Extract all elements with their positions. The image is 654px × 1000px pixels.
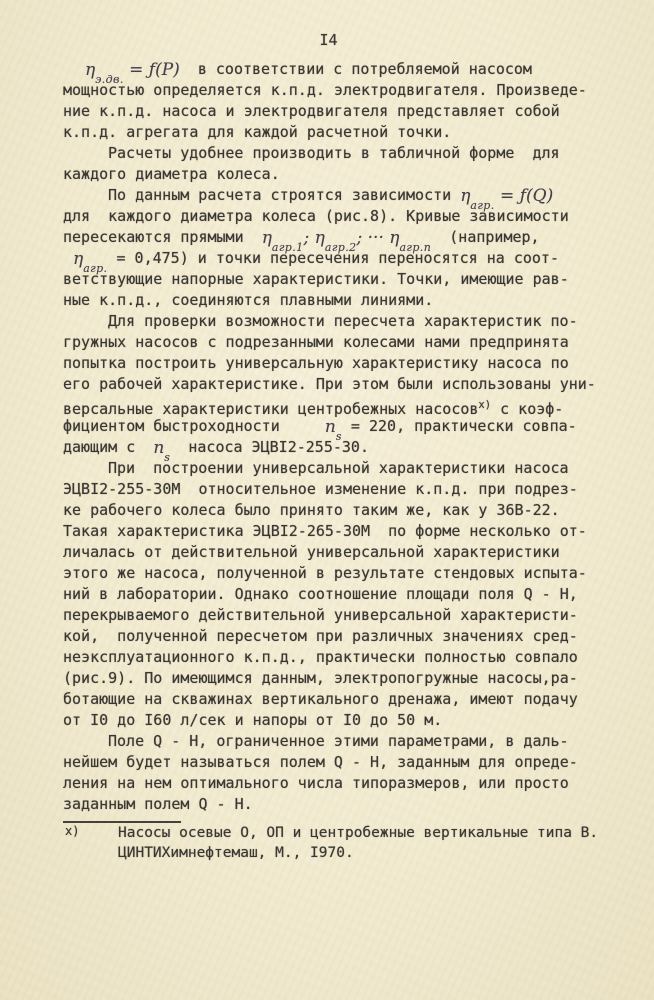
text-line: мощностью определяется к.п.д. электродви…: [63, 80, 626, 101]
text-line: При построении универсальной характерист…: [63, 458, 626, 479]
typewritten-text: = 220, практически совпа-: [342, 417, 577, 435]
text-line: ветствующие напорные характеристики. Точ…: [63, 269, 626, 290]
typewritten-text: По данным расчета строятся зависимости: [108, 186, 460, 204]
footnote-line: ЦИНТИХимнефтемаш, М., I970.: [118, 844, 626, 864]
text-line: к.п.д. агрегата для каждой расчетной точ…: [63, 122, 626, 143]
typewritten-text: пересекаются прямыми: [63, 228, 262, 246]
footnote-marker: х): [65, 824, 79, 838]
text-line: перекрываемого действительной универсаль…: [63, 605, 626, 626]
text-line: ηэ.дв. = ƒ(P) в соответствии с потребляе…: [63, 59, 626, 80]
typewritten-text: ний в лаборатории. Однако соотношение пл…: [63, 585, 578, 603]
typewritten-text: ные к.п.д., соединяются плавными линиями…: [63, 291, 433, 309]
text-line: личалась от действительной универсальной…: [63, 542, 626, 563]
footnote-reference: х): [478, 399, 491, 411]
text-line: пересекаются прямыми ηагр.1; ηагр.2; ···…: [63, 227, 626, 248]
text-line: Расчеты удобнее производить в табличной …: [63, 143, 626, 164]
text-line: гружных насосов с подрезанными колесами …: [63, 332, 626, 353]
typewritten-text: к.п.д. агрегата для каждой расчетной точ…: [63, 123, 451, 141]
text-line: ние к.п.д. насоса и электродвигателя пре…: [63, 101, 626, 122]
text-line: ке рабочего колеса было принято таким же…: [63, 500, 626, 521]
typewritten-text: от I0 до I60 л/сек и напоры от I0 до 50 …: [63, 711, 442, 729]
text-line: Такая характеристика ЭЦВI2-265-30М по фо…: [63, 521, 626, 542]
typewritten-text: (например,: [431, 228, 539, 246]
typewritten-text: дающим с: [63, 438, 153, 456]
typewritten-text: нейшем будет называться полем Q - Н, зад…: [63, 753, 578, 771]
text-line: каждого диаметра колеса.: [63, 164, 626, 185]
typewritten-text: в соответствии с потребляемой насосом: [180, 60, 532, 78]
typewritten-text: ЭЦВI2-255-30М относительное изменение к.…: [63, 480, 578, 498]
footnote-separator: [63, 821, 181, 823]
typewritten-text: При построении универсальной характерист…: [108, 459, 569, 477]
typewritten-text: ления на нем оптимального числа типоразм…: [63, 774, 569, 792]
text-line: ные к.п.д., соединяются плавными линиями…: [63, 290, 626, 311]
footnote-text: Насосы осевые О, ОП и центробежные верти…: [118, 824, 626, 863]
typewritten-text: неэксплуатационного к.п.д., практически …: [63, 648, 578, 666]
text-line: от I0 до I60 л/сек и напоры от I0 до 50 …: [63, 710, 626, 731]
typewritten-text: Расчеты удобнее производить в табличной …: [108, 144, 560, 162]
typewritten-text: попытка построить универсальную характер…: [63, 354, 569, 372]
scanned-document-page: I4 ηэ.дв. = ƒ(P) в соответствии с потреб…: [0, 0, 654, 1000]
typewritten-text: личалась от действительной универсальной…: [63, 543, 560, 561]
typewritten-text: мощностью определяется к.п.д. электродви…: [63, 81, 587, 99]
handwritten-formula: ns: [153, 438, 170, 458]
footnote-line: Насосы осевые О, ОП и центробежные верти…: [118, 824, 626, 844]
text-line: его рабочей характеристике. При этом был…: [63, 374, 626, 395]
typewritten-text: Такая характеристика ЭЦВI2-265-30М по фо…: [63, 522, 587, 540]
text-line: версальные характеристики центробежных н…: [63, 395, 626, 416]
typewritten-text: ветствующие напорные характеристики. Точ…: [63, 270, 569, 288]
typewritten-text: этого же насоса, полученной в результате…: [63, 564, 587, 582]
page-content: I4 ηэ.дв. = ƒ(P) в соответствии с потреб…: [0, 0, 654, 863]
typewritten-text: кой, полученной пересчетом при различных…: [63, 627, 578, 645]
text-line: фициентом быстроходности ns = 220, практ…: [63, 416, 626, 437]
text-line: попытка построить универсальную характер…: [63, 353, 626, 374]
handwritten-formula: ηагр.: [73, 249, 107, 269]
typewritten-text: заданным полем Q - Н.: [63, 795, 253, 813]
text-line: нейшем будет называться полем Q - Н, зад…: [63, 752, 626, 773]
typewritten-text: Поле Q - Н, ограниченное этими параметра…: [108, 732, 569, 750]
typewritten-text: его рабочей характеристике. При этом был…: [63, 375, 596, 393]
typewritten-text: фициентом быстроходности: [63, 417, 325, 435]
text-line: неэксплуатационного к.п.д., практически …: [63, 647, 626, 668]
handwritten-formula: ηагр.1; ηагр.2; ··· ηагр.n: [262, 228, 432, 248]
text-line: кой, полученной пересчетом при различных…: [63, 626, 626, 647]
footnote: х) Насосы осевые О, ОП и центробежные ве…: [63, 821, 626, 863]
typewritten-text: (рис.9). По имеющимся данным, электропог…: [63, 669, 578, 687]
handwritten-formula: ηэ.дв. = ƒ(P): [85, 60, 180, 80]
typewritten-text: каждого диаметра колеса.: [63, 165, 280, 183]
text-line: ления на нем оптимального числа типоразм…: [63, 773, 626, 794]
text-body: ηэ.дв. = ƒ(P) в соответствии с потребляе…: [63, 59, 626, 815]
handwritten-formula: ηагр. = ƒ(Q): [460, 186, 553, 206]
text-line: для каждого диаметра колеса (рис.8). Кри…: [63, 206, 626, 227]
text-line: (рис.9). По имеющимся данным, электропог…: [63, 668, 626, 689]
typewritten-text: ке рабочего колеса было принято таким же…: [63, 501, 560, 519]
handwritten-formula: ns: [325, 417, 342, 437]
text-line: ботающие на скважинах вертикального дрен…: [63, 689, 626, 710]
text-line: ний в лаборатории. Однако соотношение пл…: [63, 584, 626, 605]
typewritten-text: Для проверки возможности пересчета харак…: [108, 312, 578, 330]
text-line: дающим с ns насоса ЭЦВI2-255-30.: [63, 437, 626, 458]
typewritten-text: ние к.п.д. насоса и электродвигателя пре…: [63, 102, 560, 120]
text-line: По данным расчета строятся зависимости η…: [63, 185, 626, 206]
text-line: Поле Q - Н, ограниченное этими параметра…: [63, 731, 626, 752]
typewritten-text: ботающие на скважинах вертикального дрен…: [63, 690, 578, 708]
text-line: заданным полем Q - Н.: [63, 794, 626, 815]
text-line: ЭЦВI2-255-30М относительное изменение к.…: [63, 479, 626, 500]
text-line: Для проверки возможности пересчета харак…: [63, 311, 626, 332]
text-line: этого же насоса, полученной в результате…: [63, 563, 626, 584]
typewritten-text: гружных насосов с подрезанными колесами …: [63, 333, 569, 351]
typewritten-text: перекрываемого действительной универсаль…: [63, 606, 578, 624]
page-number: I4: [63, 30, 594, 51]
